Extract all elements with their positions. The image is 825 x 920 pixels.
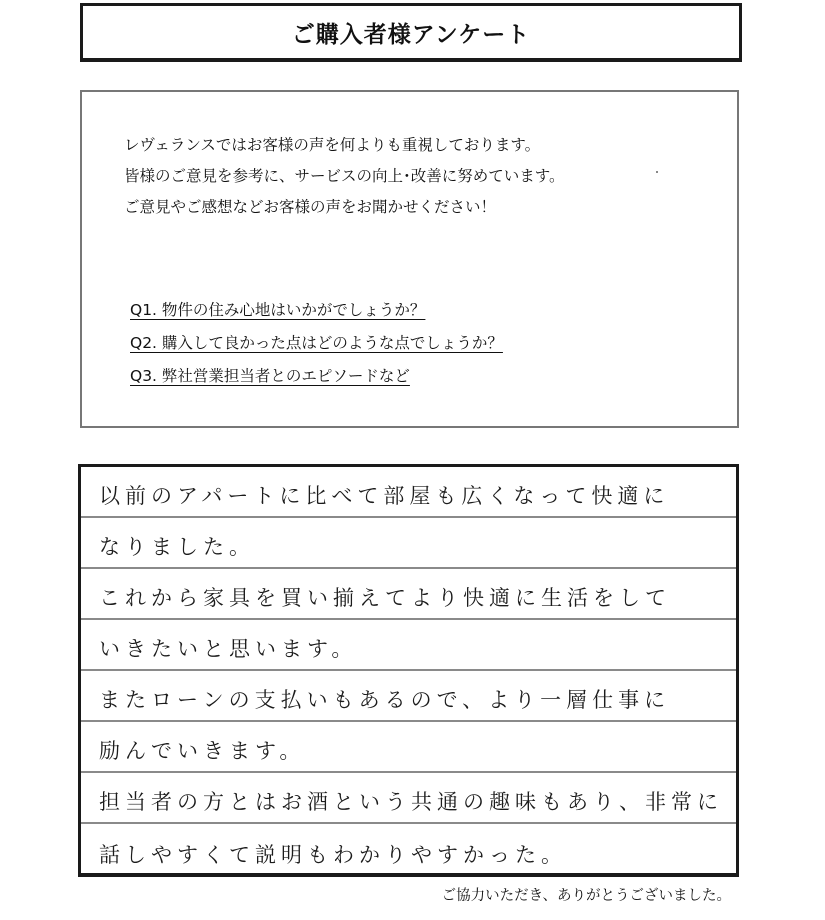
- page-title: ご購入者様アンケート: [292, 16, 531, 49]
- scan-speck: [656, 171, 658, 173]
- intro-line: レヴェランスではお客様の声を何よりも重視しております。: [124, 130, 565, 161]
- answer-line: いきたいと思います。: [81, 620, 736, 671]
- question-item-q1: Q1. 物件の住み心地はいかがでしょうか？: [130, 294, 503, 327]
- answer-line: これから家具を買い揃えてより快適に生活をして: [81, 569, 736, 620]
- question-item-q3: Q3. 弊社営業担当者とのエピソードなど: [130, 360, 503, 393]
- answer-line: またローンの支払いもあるので、より一層仕事に: [81, 671, 736, 722]
- survey-info-box: レヴェランスではお客様の声を何よりも重視しております。 皆様のご意見を参考に、サ…: [80, 90, 739, 428]
- answer-line: 担当者の方とはお酒という共通の趣味もあり、非常に: [81, 773, 736, 824]
- intro-line: ご意見やご感想などお客様の声をお聞かせください！: [124, 192, 565, 223]
- intro-text: レヴェランスではお客様の声を何よりも重視しております。 皆様のご意見を参考に、サ…: [124, 130, 565, 223]
- question-item-q2: Q2. 購入して良かった点はどのような点でしょうか？: [130, 327, 503, 360]
- answer-line: 励んでいきます。: [81, 722, 736, 773]
- intro-line: 皆様のご意見を参考に、サービスの向上･改善に努めています。: [124, 161, 565, 192]
- question-list: Q1. 物件の住み心地はいかがでしょうか？ Q2. 購入して良かった点はどのよう…: [130, 294, 503, 393]
- answer-line: なりました。: [81, 518, 736, 569]
- answer-line: 以前のアパートに比べて部屋も広くなって快適に: [81, 467, 736, 518]
- thanks-message: ご協力いただき、ありがとうございました。: [442, 884, 731, 905]
- handwritten-answer-box: 以前のアパートに比べて部屋も広くなって快適に なりました。 これから家具を買い揃…: [78, 464, 739, 877]
- answer-line: 話しやすくて説明もわかりやすかった。: [81, 824, 736, 875]
- survey-title-box: ご購入者様アンケート: [80, 3, 742, 62]
